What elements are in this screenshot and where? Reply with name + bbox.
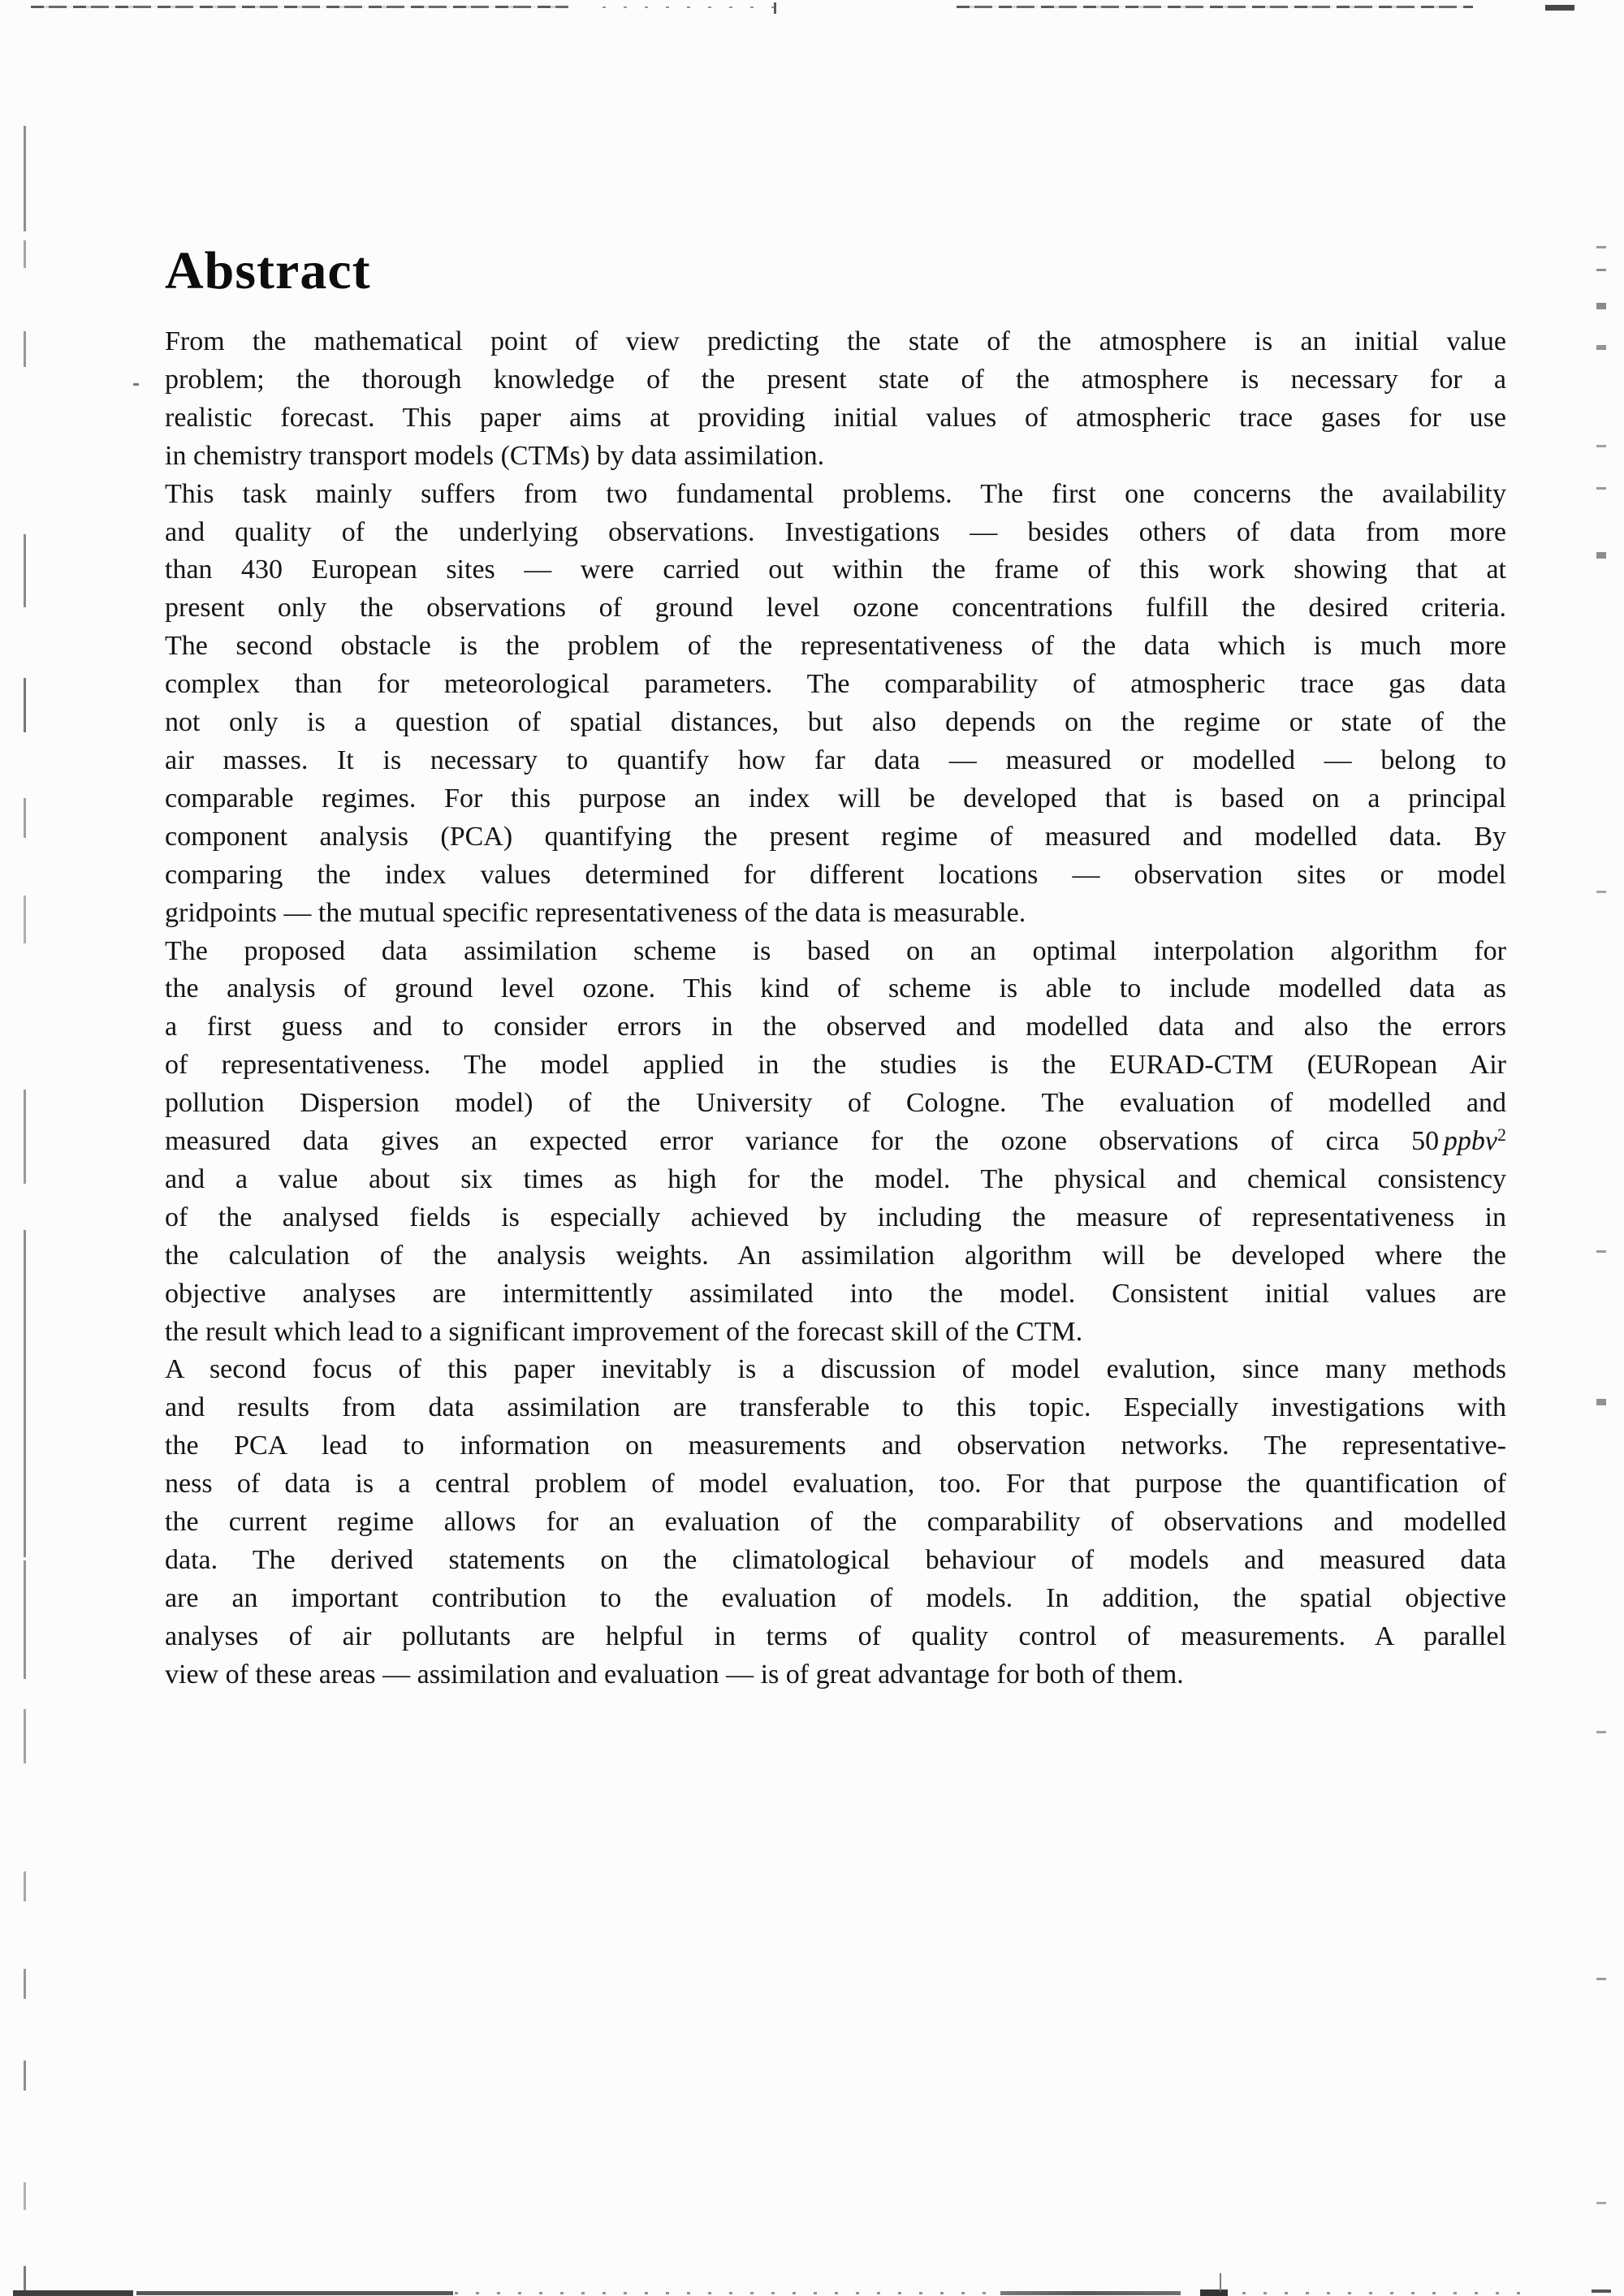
scan-artifact (24, 798, 26, 838)
abstract-line: analyses of air pollutants are helpful i… (165, 1618, 1506, 1656)
scan-artifact (1000, 2291, 1181, 2295)
scan-artifact (24, 896, 26, 943)
scan-artifact (1220, 2273, 1221, 2291)
scan-artifact (1596, 1978, 1606, 1980)
abstract-line: of representativeness. The model applied… (165, 1047, 1506, 1085)
ppbv-unit: ppbv (1444, 1126, 1497, 1156)
scan-artifact (1596, 891, 1606, 893)
abstract-line: objective analyses are intermittently as… (165, 1275, 1506, 1314)
scan-artifact (24, 331, 26, 367)
abstract-paragraph-1: From the mathematical point of view pred… (165, 323, 1506, 476)
scan-artifact (774, 2, 776, 14)
scan-artifact (1596, 487, 1606, 490)
scan-artifact (1592, 2290, 1611, 2293)
abstract-heading: Abstract (165, 244, 1506, 298)
abstract-line: are an important contribution to the eva… (165, 1580, 1506, 1618)
abstract-line: not only is a question of spatial distan… (165, 704, 1506, 742)
scan-artifact (24, 678, 26, 732)
scan-artifact (1596, 1250, 1606, 1253)
scan-artifact (31, 6, 568, 8)
abstract-line: problem; the thorough knowledge of the p… (165, 361, 1506, 399)
scan-artifact (24, 1871, 26, 1901)
scan-artifact (24, 534, 26, 607)
scan-artifact (1596, 303, 1606, 309)
scan-artifact (1596, 552, 1606, 559)
scan-artifact (24, 126, 26, 231)
scan-artifact (455, 2292, 999, 2294)
scan-artifact (24, 1090, 26, 1184)
scan-artifact (24, 2266, 26, 2295)
abstract-line: the PCA lead to information on measureme… (165, 1427, 1506, 1465)
scan-artifact (133, 383, 139, 386)
abstract-line: realistic forecast. This paper aims at p… (165, 399, 1506, 438)
scan-artifact (24, 1709, 26, 1763)
scan-artifact (1596, 1731, 1606, 1733)
abstract-line: comparable regimes. For this purpose an … (165, 780, 1506, 818)
scan-artifact (1596, 2202, 1606, 2204)
abstract-line: the analysis of ground level ozone. This… (165, 970, 1506, 1008)
abstract-line: in chemistry transport models (CTMs) by … (165, 438, 1506, 476)
abstract-line: air masses. It is necessary to quantify … (165, 742, 1506, 780)
scan-artifact (1242, 2292, 1527, 2294)
abstract-line: The proposed data assimilation scheme is… (165, 933, 1506, 971)
scan-artifact (24, 2061, 26, 2091)
abstract-line: pollution Dispersion model) of the Unive… (165, 1085, 1506, 1123)
scan-artifact (1545, 5, 1574, 11)
abstract-line: and a value about six times as high for … (165, 1161, 1506, 1199)
abstract-line: A second focus of this paper inevitably … (165, 1351, 1506, 1389)
abstract-line: present only the observations of ground … (165, 589, 1506, 628)
abstract-line: and quality of the underlying observatio… (165, 514, 1506, 552)
scan-artifact (957, 6, 1473, 8)
abstract-line: gridpoints — the mutual specific represe… (165, 895, 1506, 933)
abstract-section: Abstract From the mathematical point of … (165, 244, 1506, 1694)
abstract-line: This task mainly suffers from two fundam… (165, 476, 1506, 514)
abstract-line-ppbv: measured data gives an expected error va… (165, 1123, 1506, 1161)
scan-artifact (24, 1230, 26, 1557)
scan-artifact (13, 2290, 133, 2296)
abstract-paragraph-3: The proposed data assimilation scheme is… (165, 933, 1506, 1352)
abstract-line: than 430 European sites — were carried o… (165, 551, 1506, 589)
abstract-line: comparing the index values determined fo… (165, 857, 1506, 895)
scan-artifact (24, 2182, 26, 2210)
abstract-line: the calculation of the analysis weights.… (165, 1237, 1506, 1275)
scan-artifact (1596, 1399, 1606, 1405)
abstract-line: and results from data assimilation are t… (165, 1389, 1506, 1427)
scan-artifact (136, 2291, 453, 2295)
abstract-line: of the analysed fields is especially ach… (165, 1199, 1506, 1237)
scan-artifact (24, 240, 26, 268)
abstract-line: complex than for meteorological paramete… (165, 666, 1506, 704)
abstract-paragraph-2: This task mainly suffers from two fundam… (165, 476, 1506, 933)
abstract-line: data. The derived statements on the clim… (165, 1542, 1506, 1580)
line-text: measured data gives an expected error va… (165, 1126, 1439, 1156)
abstract-line: a first guess and to consider errors in … (165, 1008, 1506, 1047)
scan-artifact (1596, 345, 1606, 350)
scan-artifact (1596, 246, 1606, 248)
scan-artifact (1200, 2290, 1228, 2296)
abstract-line: The second obstacle is the problem of th… (165, 628, 1506, 666)
abstract-line: component analysis (PCA) quantifying the… (165, 818, 1506, 857)
abstract-line: From the mathematical point of view pred… (165, 323, 1506, 361)
abstract-line: view of these areas — assimilation and e… (165, 1656, 1506, 1694)
scan-artifact (24, 1969, 26, 1999)
scan-artifact (1596, 269, 1606, 271)
abstract-line: the current regime allows for an evaluat… (165, 1504, 1506, 1542)
scan-artifact (603, 6, 789, 8)
scan-artifact (1596, 445, 1606, 447)
scan-artifact (24, 1560, 26, 1679)
abstract-paragraph-4: A second focus of this paper inevitably … (165, 1351, 1506, 1694)
ppbv-exponent: 2 (1497, 1124, 1506, 1145)
abstract-line: ness of data is a central problem of mod… (165, 1465, 1506, 1504)
abstract-line: the result which lead to a significant i… (165, 1314, 1506, 1352)
